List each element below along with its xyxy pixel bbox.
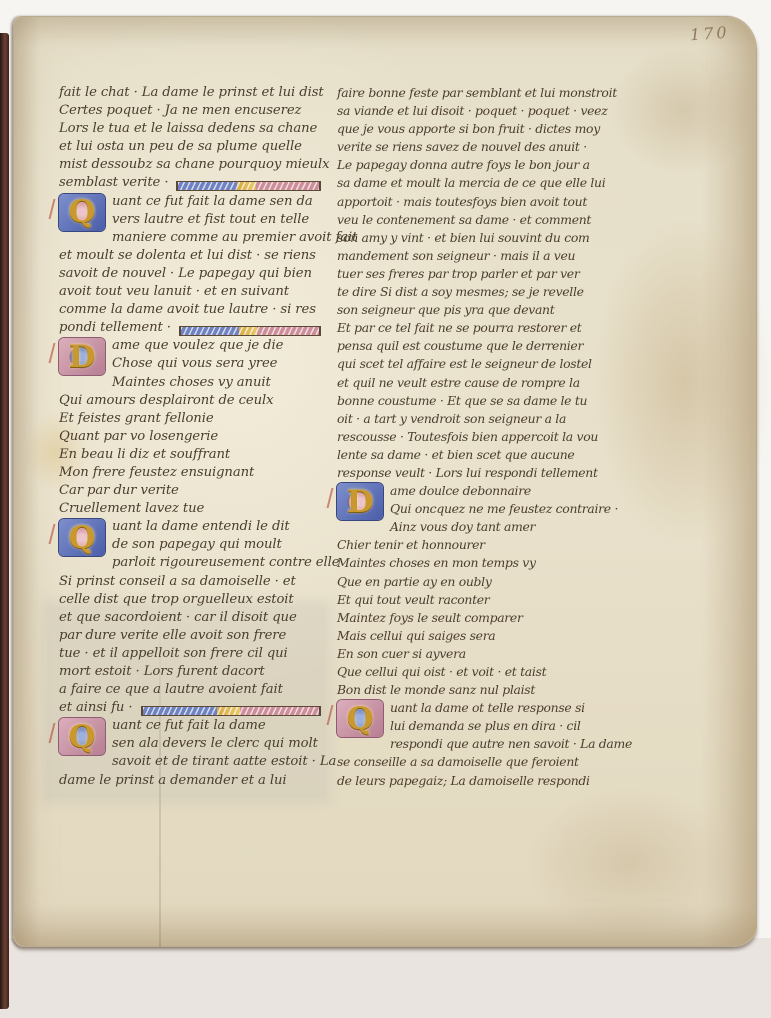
text-line: tue · et il appelloit son frere cil qui [59,645,323,663]
line-text: savoit et de tirant aatte estoit · La [112,753,336,771]
line-text: uant ce fut fait la dame [112,717,266,735]
text-line: respondi que autre nen savoit · La dame [390,735,625,753]
text-line: uant la dame ot telle response si [390,699,625,717]
paragraph: Quant ce fut fait la dame sen davers lau… [59,193,323,338]
line-text: Maintes choses en mon temps vy [337,554,536,572]
line-text: fait le chat · La dame le prinst et lui … [59,84,324,102]
line-text: et que sacordoient · car il disoit que [59,609,297,627]
text-line: ame doulce debonnaire [390,482,625,500]
line-text: Mon frere feustez ensuignant [59,464,254,482]
line-text: Que en partie ay en oubly [337,573,492,591]
text-line: semblast verite · [59,174,323,192]
folio-number: 170 [689,23,730,45]
paragraph: Quant la dame entendi le ditde son papeg… [59,518,323,717]
line-text: mandement son seigneur · mais il a veu [337,247,575,265]
text-line: uant ce fut fait la dame [112,717,323,735]
text-line: celle dist que trop orguelleux estoit [59,591,323,609]
line-text: verite se riens savez de nouvel des anui… [337,138,587,156]
text-line: pondi tellement · [59,319,323,337]
line-filler [141,706,321,716]
line-text: En beau li diz et souffrant [59,446,230,464]
manuscript-page: 170 fait le chat · La dame le prinst et … [13,16,757,947]
text-line: pensa quil est coustume que le derrenier [337,337,625,355]
line-text: son amy y vint · et bien lui souvint du … [337,229,590,247]
line-text: ame que voulez que je die [112,337,283,355]
illuminated-initial: Q [59,718,105,755]
line-text: maniere comme au premier avoit fait [112,229,357,247]
line-text: Maintez foys le seult comparer [337,609,523,627]
line-text: respondi que autre nen savoit · La dame [390,735,632,753]
line-text: Ainz vous doy tant amer [390,518,535,536]
line-text: bonne coustume · Et que se sa dame le tu [337,392,587,410]
line-text: tuer ses freres par trop parler et par v… [337,265,579,283]
text-line: Que cellui qui oist · et voit · et taist [337,663,625,681]
line-text: sen ala devers le clerc qui molt [112,735,318,753]
initial-letter: Q [59,718,105,755]
text-column-left: fait le chat · La dame le prinst et lui … [59,84,323,790]
text-line: Et par ce tel fait ne se pourra restorer… [337,319,625,337]
text-line: savoit et de tirant aatte estoit · La [112,753,323,771]
text-line: par dure verite elle avoit son frere [59,627,323,645]
line-text: ame doulce debonnaire [390,482,531,500]
line-text: Qui amours desplairont de ceulx [59,392,273,410]
line-text: Que cellui qui oist · et voit · et taist [337,663,546,681]
text-line: veu le contenement sa dame · et comment [337,211,625,229]
text-line: Si prinst conseil a sa damoiselle · et [59,573,323,591]
paragraph: Dame doulce debonnaireQui oncquez ne me … [337,482,625,699]
line-text: savoit de nouvel · Le papegay qui bien [59,265,312,283]
line-text: son seigneur que pis yra que devant [337,301,554,319]
text-line: uant la dame entendi le dit [112,518,323,536]
text-line: oit · a tart y vendroit son seigneur a l… [337,410,625,428]
text-line: sa viande et lui disoit · poquet · poque… [337,102,625,120]
illuminated-initial: Q [59,519,105,556]
text-line: et lui osta un peu de sa plume quelle [59,138,323,156]
text-line: qui scet tel affaire est le seigneur de … [337,355,625,373]
line-text: En son cuer si ayvera [337,645,466,663]
manuscript-photo: 170 fait le chat · La dame le prinst et … [0,0,771,1018]
paragraph: fait le chat · La dame le prinst et lui … [59,84,323,193]
text-line: vers lautre et fist tout en telle [112,211,323,229]
line-text: Maintes choses vy anuit [112,374,271,392]
text-line: uant ce fut fait la dame sen da [112,193,323,211]
line-text: lente sa dame · et bien scet que aucune [337,446,574,464]
text-line: En son cuer si ayvera [337,645,625,663]
text-line: sen ala devers le clerc qui molt [112,735,323,753]
text-line: Et feistes grant fellonie [59,410,323,428]
initial-letter: D [59,338,105,375]
text-line: Chier tenir et honnourer [337,536,625,554]
text-line: fait le chat · La dame le prinst et lui … [59,84,323,102]
binding-edge [0,33,9,1009]
line-text: par dure verite elle avoit son frere [59,627,286,645]
line-text: de leurs papegaiz; La damoiselle respond… [337,772,590,790]
line-text: veu le contenement sa dame · et comment [337,211,591,229]
text-line: Quant par vo losengerie [59,428,323,446]
paragraph: Quant la dame ot telle response silui de… [337,699,625,789]
line-text: apportoit · mais toutesfoys bien avoit t… [337,193,587,211]
text-line: et quil ne veult estre cause de rompre l… [337,374,625,392]
initial-letter: Q [59,519,105,556]
line-text: sa viande et lui disoit · poquet · poque… [337,102,607,120]
text-line: comme la dame avoit tue lautre · si res [59,301,323,319]
text-line: lui demanda se plus en dira · cil [390,717,625,735]
text-line: et que sacordoient · car il disoit que [59,609,323,627]
text-line: savoit de nouvel · Le papegay qui bien [59,265,323,283]
text-column-right: faire bonne feste par semblant et lui mo… [337,84,625,790]
line-text: uant la dame entendi le dit [112,518,290,536]
line-text: mort estoit · Lors furent dacort [59,663,265,681]
line-text: qui scet tel affaire est le seigneur de … [337,355,592,373]
text-line: Qui oncquez ne me feustez contraire · [390,500,625,518]
text-line: bonne coustume · Et que se sa dame le tu [337,392,625,410]
line-text: comme la dame avoit tue lautre · si res [59,301,316,319]
line-text: et quil ne veult estre cause de rompre l… [337,374,580,392]
line-text: Mais cellui qui saiges sera [337,627,495,645]
text-line: En beau li diz et souffrant [59,446,323,464]
text-line: parloit rigoureusement contre elle [112,554,323,572]
parchment-stain [524,787,734,937]
text-line: son amy y vint · et bien lui souvint du … [337,229,625,247]
text-line: verite se riens savez de nouvel des anui… [337,138,625,156]
line-text: Car par dur verite [59,482,179,500]
line-text: lui demanda se plus en dira · cil [390,717,581,735]
text-line: Bon dist le monde sanz nul plaist [337,681,625,699]
initial-letter: D [337,483,383,520]
text-line: et moult se dolenta et lui dist · se rie… [59,247,323,265]
line-text: que je vous apporte si bon fruit · dicte… [337,120,600,138]
line-text: Quant par vo losengerie [59,428,218,446]
text-line: mort estoit · Lors furent dacort [59,663,323,681]
line-text: response veult · Lors lui respondi telle… [337,464,598,482]
text-line: avoit tout veu lanuit · et en suivant [59,283,323,301]
text-line: son seigneur que pis yra que devant [337,301,625,319]
line-text: semblast verite · [59,174,168,192]
line-text: mist dessoubz sa chane pourquoy mieulx [59,156,329,174]
text-line: maniere comme au premier avoit fait [112,229,323,247]
illuminated-initial: Q [337,700,383,737]
line-text: a faire ce que a lautre avoient fait [59,681,283,699]
text-line: ame que voulez que je die [112,337,323,355]
text-line: rescousse · Toutesfois bien appercoit la… [337,428,625,446]
line-text: vers lautre et fist tout en telle [112,211,309,229]
line-text: Lors le tua et le laissa dedens sa chane [59,120,317,138]
line-text: celle dist que trop orguelleux estoit [59,591,294,609]
line-text: parloit rigoureusement contre elle [112,554,339,572]
line-text: Chier tenir et honnourer [337,536,485,554]
line-text: rescousse · Toutesfois bien appercoit la… [337,428,598,446]
line-text: dame le prinst a demander et a lui [59,772,287,790]
line-text: et moult se dolenta et lui dist · se rie… [59,247,316,265]
line-text: pondi tellement · [59,319,171,337]
line-text: Le papegay donna autre foys le bon jour … [337,156,590,174]
initial-letter: Q [337,700,383,737]
line-text: Bon dist le monde sanz nul plaist [337,681,535,699]
text-line: Maintez foys le seult comparer [337,609,625,627]
line-text: avoit tout veu lanuit · et en suivant [59,283,289,301]
line-text: Qui oncquez ne me feustez contraire · [390,500,618,518]
text-line: tuer ses freres par trop parler et par v… [337,265,625,283]
text-line: Ainz vous doy tant amer [390,518,625,536]
text-line: a faire ce que a lautre avoient fait [59,681,323,699]
line-text: et lui osta un peu de sa plume quelle [59,138,302,156]
line-text: Et feistes grant fellonie [59,410,214,428]
text-line: dame le prinst a demander et a lui [59,772,323,790]
text-line: Que en partie ay en oubly [337,573,625,591]
text-line: Mais cellui qui saiges sera [337,627,625,645]
line-text: et ainsi fu · [59,699,133,717]
text-line: Et qui tout veult raconter [337,591,625,609]
text-line: Mon frere feustez ensuignant [59,464,323,482]
text-line: sa dame et moult la mercia de ce que ell… [337,174,625,192]
line-text: Et qui tout veult raconter [337,591,489,609]
line-text: te dire Si dist a soy mesmes; se je reve… [337,283,584,301]
illuminated-initial: Q [59,194,105,231]
line-text: faire bonne feste par semblant et lui mo… [337,84,617,102]
text-line: et ainsi fu · [59,699,323,717]
line-text: pensa quil est coustume que le derrenier [337,337,583,355]
text-line: de son papegay qui moult [112,536,323,554]
text-line: Car par dur verite [59,482,323,500]
text-line: Maintes choses en mon temps vy [337,554,625,572]
text-line: se conseille a sa damoiselle que feroien… [337,753,625,771]
text-line: mandement son seigneur · mais il a veu [337,247,625,265]
line-text: uant ce fut fait la dame sen da [112,193,313,211]
text-line: Maintes choses vy anuit [112,374,323,392]
paragraph: Quant ce fut fait la damesen ala devers … [59,717,323,789]
line-text: Si prinst conseil a sa damoiselle · et [59,573,296,591]
text-line: Le papegay donna autre foys le bon jour … [337,156,625,174]
line-filler [176,181,321,191]
line-filler [179,326,321,336]
parchment-stain [609,45,759,175]
text-line: lente sa dame · et bien scet que aucune [337,446,625,464]
text-line: apportoit · mais toutesfoys bien avoit t… [337,193,625,211]
text-line: de leurs papegaiz; La damoiselle respond… [337,772,625,790]
line-text: oit · a tart y vendroit son seigneur a l… [337,410,566,428]
backdrop-lower [0,938,771,1018]
text-line: Cruellement lavez tue [59,500,323,518]
initial-letter: Q [59,194,105,231]
line-text: Chose qui vous sera yree [112,355,277,373]
line-text: Cruellement lavez tue [59,500,204,518]
paragraph: faire bonne feste par semblant et lui mo… [337,84,625,482]
line-text: sa dame et moult la mercia de ce que ell… [337,174,605,192]
line-text: Et par ce tel fait ne se pourra restorer… [337,319,581,337]
line-text: de son papegay qui moult [112,536,282,554]
text-line: faire bonne feste par semblant et lui mo… [337,84,625,102]
text-line: Qui amours desplairont de ceulx [59,392,323,410]
illuminated-initial: D [59,338,105,375]
line-text: uant la dame ot telle response si [390,699,585,717]
text-line: te dire Si dist a soy mesmes; se je reve… [337,283,625,301]
line-text: Certes poquet · Ja ne men encuserez [59,102,301,120]
text-line: response veult · Lors lui respondi telle… [337,464,625,482]
illuminated-initial: D [337,483,383,520]
text-line: Lors le tua et le laissa dedens sa chane [59,120,323,138]
text-line: Certes poquet · Ja ne men encuserez [59,102,323,120]
text-line: Chose qui vous sera yree [112,355,323,373]
text-line: mist dessoubz sa chane pourquoy mieulx [59,156,323,174]
paragraph: Dame que voulez que je dieChose qui vous… [59,337,323,518]
line-text: se conseille a sa damoiselle que feroien… [337,753,579,771]
line-text: tue · et il appelloit son frere cil qui [59,645,288,663]
text-line: que je vous apporte si bon fruit · dicte… [337,120,625,138]
